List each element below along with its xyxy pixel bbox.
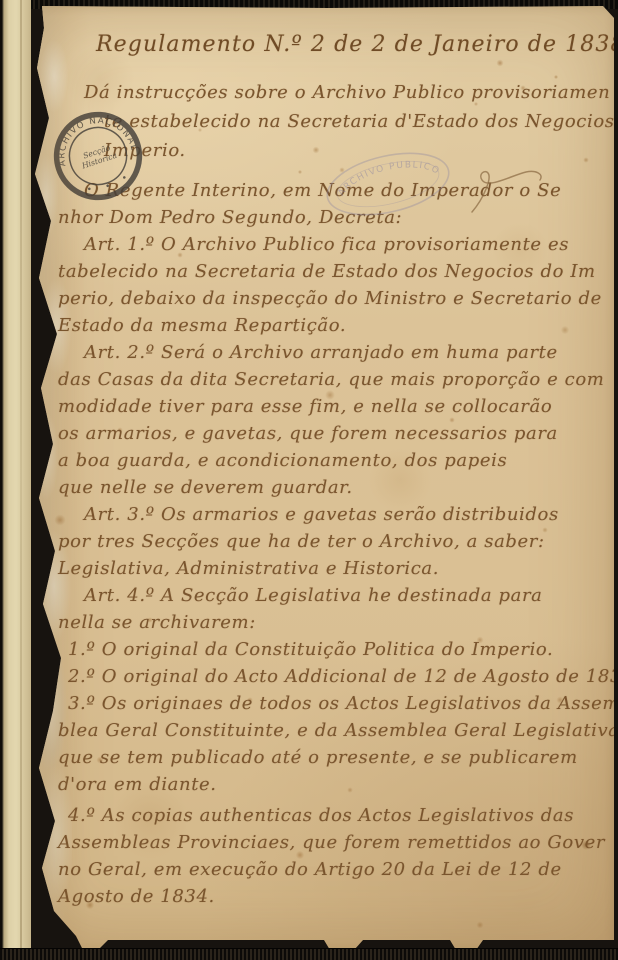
manuscript-line: a boa guarda, e acondicionamento, dos pa…	[58, 447, 612, 474]
manuscript-line: no Geral, em execução do Artigo 20 da Le…	[58, 856, 612, 883]
manuscript-line: Assembleas Provinciaes, que forem remett…	[58, 829, 612, 856]
manuscript-line: tabelecido na Secretaria de Estado dos N…	[58, 258, 612, 285]
manuscript-line: Agosto de 1834.	[58, 883, 612, 910]
manuscript-line: das Casas da dita Secretaria, que mais p…	[58, 366, 612, 393]
manuscript-line: Art. 3.º Os armarios e gavetas serão dis…	[58, 501, 612, 528]
manuscript-line: que se tem publicado até o presente, e s…	[58, 744, 612, 771]
manuscript-line: que nelle se deverem guardar.	[58, 474, 612, 501]
manuscript-line: Art. 4.º A Secção Legislativa he destina…	[58, 582, 612, 609]
pen-flourish-icon	[466, 168, 556, 216]
manuscript-line: perio, debaixo da inspecção do Ministro …	[58, 285, 612, 312]
manuscript-line: d'ora em diante.	[58, 771, 612, 798]
manuscript-line: modidade tiver para esse fim, e nella se…	[58, 393, 612, 420]
manuscript-line: 2.º O original do Acto Addicional de 12 …	[58, 663, 612, 690]
book-bottom-binding-edge	[0, 948, 618, 960]
manuscript-line: 1.º O original da Constituição Politica …	[58, 636, 612, 663]
scanned-manuscript-photo: Regulamento N.º 2 de 2 de Janeiro de 183…	[0, 0, 618, 960]
manuscript-line: Art. 1.º O Archivo Publico fica provisor…	[58, 231, 612, 258]
manuscript-line: Dá instrucções sobre o Archivo Publico p…	[84, 78, 612, 107]
manuscript-line: blea Geral Constituinte, e da Assemblea …	[58, 717, 612, 744]
manuscript-line: nella se archivarem:	[58, 609, 612, 636]
manuscript-line: Art. 2.º Será o Archivo arranjado em hum…	[58, 339, 612, 366]
manuscript-line: os armarios, e gavetas, que forem necess…	[58, 420, 612, 447]
manuscript-line: por tres Secções que ha de ter o Archivo…	[58, 528, 612, 555]
document-title: Regulamento N.º 2 de 2 de Janeiro de 183…	[96, 24, 612, 66]
manuscript-line: te estabelecido na Secretaria d'Estado d…	[104, 107, 612, 136]
paper-crease	[20, 0, 22, 952]
manuscript-line: Estado da mesma Repartição.	[58, 312, 612, 339]
manuscript-line: 3.º Os originaes de todos os Actos Legis…	[58, 690, 612, 717]
manuscript-line: Legislativa, Administrativa e Historica.	[58, 555, 612, 582]
manuscript-line: 4.º As copias authenticas dos Actos Legi…	[58, 802, 612, 829]
facing-page-edge	[0, 0, 31, 952]
manuscript-page: Regulamento N.º 2 de 2 de Janeiro de 183…	[28, 6, 614, 952]
